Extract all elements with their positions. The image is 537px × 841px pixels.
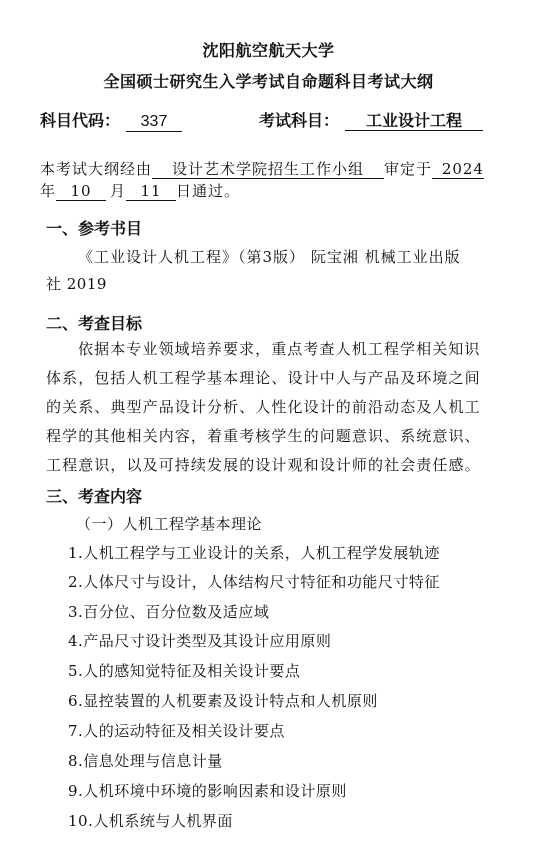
month-unit: 月	[110, 182, 126, 200]
content-subheading: （一）人机工程学基本理论	[76, 513, 262, 534]
year-unit: 年	[40, 182, 56, 200]
section-heading-objectives: 二、考查目标	[46, 311, 142, 334]
approval-committee: 设计艺术学院招生工作小组	[152, 160, 384, 179]
content-item: 5.人的感知觉特征及相关设计要点	[68, 660, 300, 681]
approval-line-2: 年10月11日通过。	[40, 180, 240, 201]
objective-line: 体系，包括人机工程学基本理论、设计中人与产品及环境之间	[46, 367, 481, 388]
content-item: 3.百分位、百分位数及适应域	[68, 601, 269, 622]
section-heading-content: 三、考查内容	[46, 484, 142, 507]
subject-name-row: 考试科目：工业设计工程	[259, 108, 483, 131]
subject-code-row: 科目代码：337	[40, 108, 182, 132]
reference-line: 《工业设计人机工程》（第3版） 阮宝湘 机械工业出版	[78, 246, 461, 267]
approval-verb: 审定于	[384, 160, 432, 178]
approval-day: 11	[126, 182, 176, 201]
content-item: 8.信息处理与信息计量	[68, 750, 223, 771]
document-title: 全国硕士研究生入学考试自命题科目考试大纲	[0, 69, 537, 92]
approval-line-1: 本考试大纲经由设计艺术学院招生工作小组审定于2024	[40, 158, 484, 179]
content-item: 4.产品尺寸设计类型及其设计应用原则	[68, 630, 331, 651]
approval-month: 10	[56, 182, 106, 201]
subject-name-value: 工业设计工程	[345, 112, 483, 131]
objective-line: 的关系、典型产品设计分析、人性化设计的前沿动态及人机工	[46, 396, 481, 417]
objective-line: 程学的其他相关内容，着重考核学生的问题意识、系统意识、	[46, 425, 481, 446]
approval-suffix: 日通过。	[176, 182, 240, 200]
content-item: 6.显控装置的人机要素及设计特点和人机原则	[68, 690, 378, 711]
content-item: 9.人机环境中环境的影响因素和设计原则	[68, 780, 347, 801]
reference-line: 社 2019	[46, 273, 107, 294]
approval-year: 2024	[432, 160, 484, 179]
section-heading-references: 一、参考书目	[46, 216, 142, 239]
content-item: 1.人机工程学与工业设计的关系，人机工程学发展轨迹	[68, 542, 440, 563]
university-name: 沈阳航空航天大学	[0, 38, 537, 61]
subject-code-label: 科目代码：	[40, 111, 120, 130]
content-item: 7.人的运动特征及相关设计要点	[68, 720, 285, 741]
objective-line: 依据本专业领域培养要求，重点考查人机工程学相关知识	[78, 338, 481, 359]
subject-name-label: 考试科目：	[259, 111, 339, 130]
subject-code-value: 337	[126, 113, 182, 132]
content-item: 2.人体尺寸与设计，人体结构尺寸特征和功能尺寸特征	[68, 571, 440, 592]
approval-prefix: 本考试大纲经由	[40, 160, 152, 178]
objective-line: 工程意识，以及可持续发展的设计观和设计师的社会责任感。	[46, 454, 481, 475]
content-item: 10.人机系统与人机界面	[68, 810, 233, 831]
